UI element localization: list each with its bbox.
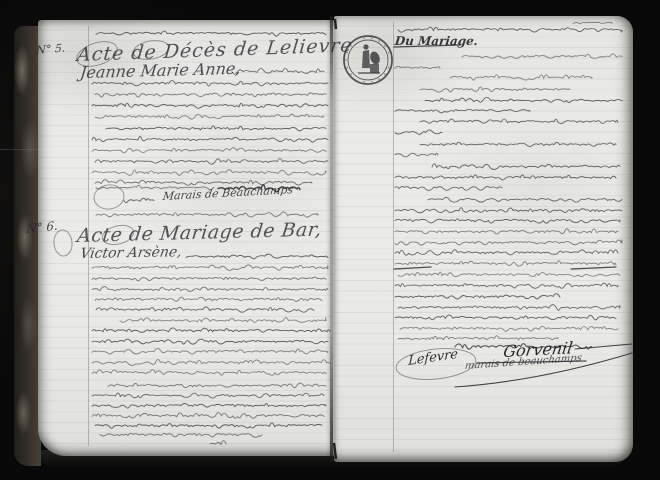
entry2-title-line2: Victor Arsène,: [79, 244, 183, 262]
marriage-section-label: Du Mariage.: [394, 34, 479, 48]
entry1-number: N° 5.: [36, 41, 66, 57]
register-scan: N° 5. Acte de Décès de Lelievre Jeanne M…: [0, 0, 660, 480]
